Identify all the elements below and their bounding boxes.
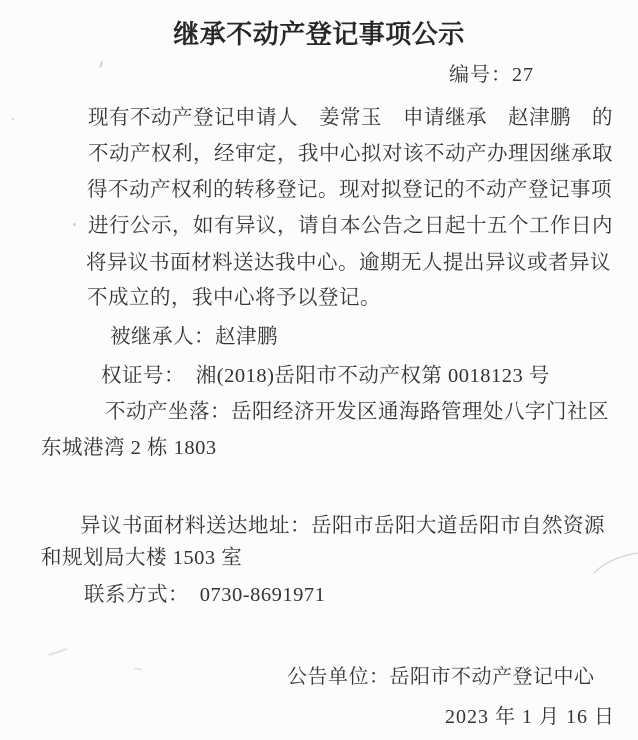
notice-document-page: 继承不动产登记事项公示 编号：27 现有不动产登记申请人 姜常玉 申请继承 赵津… (0, 0, 638, 740)
paragraph-line: 不成立的，我中心将予以登记。 (87, 280, 381, 310)
scan-smudge (48, 648, 68, 656)
scan-speck (99, 61, 106, 68)
field-objection-address-line2: 和规划局大楼 1503 室 (41, 540, 242, 570)
paragraph-line: 将异议书面材料送达我中心。逾期无人提出异议或者异议 (86, 245, 611, 275)
field-contact-phone: 联系方式： 0730-8691971 (84, 577, 325, 607)
paragraph-line: 进行公示，如有异议，请自本公告之日起十五个工作日内 (88, 208, 613, 238)
doc-number: 编号：27 (449, 58, 534, 87)
scan-stray-line (592, 545, 638, 577)
footer-issuing-unit: 公告单位：岳阳市不动产登记中心 (287, 660, 595, 689)
scan-speck (73, 223, 76, 226)
scan-speck (12, 118, 14, 120)
field-decedent: 被继承人：赵津鹏 (110, 319, 278, 349)
paragraph-line: 现有不动产登记申请人 姜常玉 申请继承 赵津鹏 的 (88, 100, 613, 130)
paragraph-line: 得不动产权利的转移登记。现对拟登记的不动产登记事项 (87, 172, 612, 202)
paragraph-line: 不动产权利，经审定，我中心拟对该不动产办理因继承取 (88, 136, 613, 166)
scan-smudge (134, 667, 142, 670)
field-property-location-line2: 东城港湾 2 栋 1803 (41, 430, 217, 460)
page-title: 继承不动产登记事项公示 (0, 14, 638, 51)
field-certificate-number: 权证号： 湘(2018)岳阳市不动产权第 0018123 号 (101, 358, 550, 388)
field-property-location-line1: 不动产坐落：岳阳经济开发区通海路管理处八字门社区 (105, 394, 609, 424)
footer-date: 2023 年 1 月 16 日 (445, 700, 615, 729)
field-objection-address-line1: 异议书面材料送达地址：岳阳市岳阳大道岳阳市自然资源 (80, 508, 605, 538)
